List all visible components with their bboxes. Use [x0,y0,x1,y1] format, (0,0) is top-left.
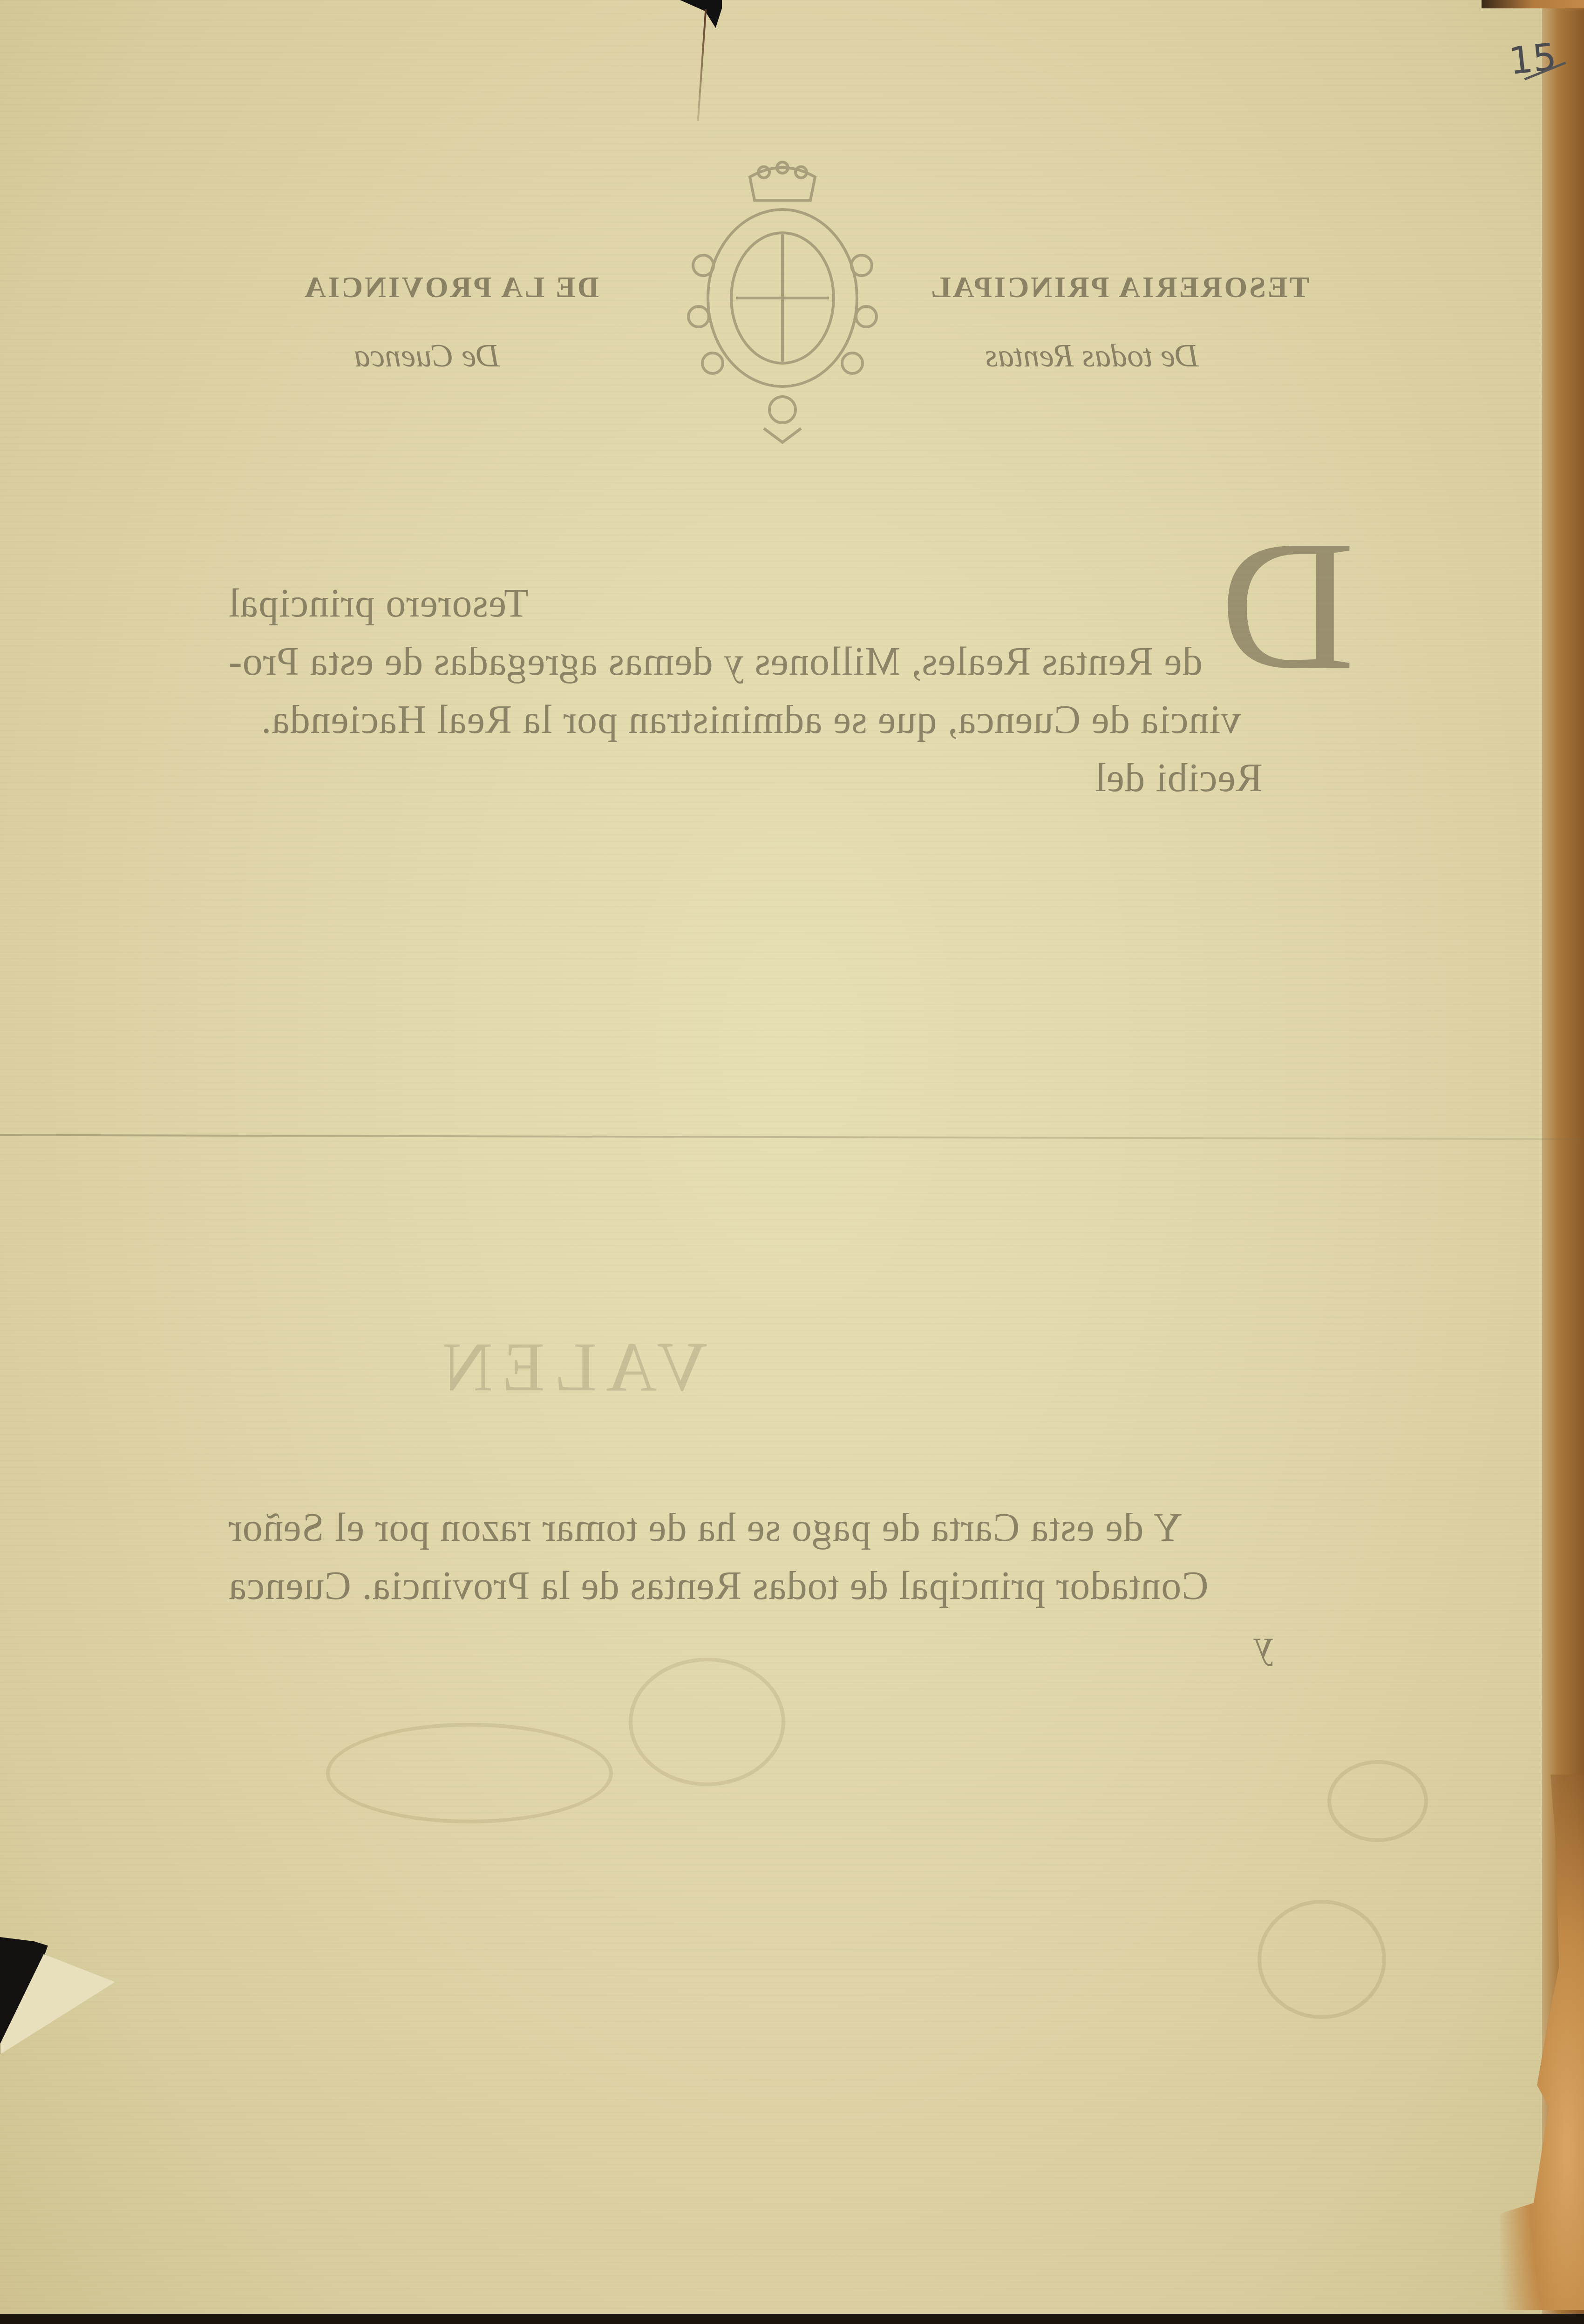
body-line-4: Recibi del [1095,754,1263,801]
body-line-1: Tesorero principal [228,580,529,626]
top-right-binding [1482,0,1584,8]
body-line-2: de Rentas Reales, Millones y demas agreg… [228,638,1203,684]
scan-bottom-border [0,2314,1584,2324]
valen-stamp: VALEN [433,1327,707,1407]
signature-flourish [1327,1760,1428,1842]
horizontal-fold-crease [0,1134,1584,1140]
header-right-subtitle: De Cuenca [354,338,500,375]
header-left-title: TESORERIA PRINCIPAL [929,270,1309,305]
body-line-3: vincia de Cuenca, que se administran por… [261,696,1241,743]
footer-line-1: Y de esta Carta de pago se ha de tomar r… [228,1504,1182,1551]
signature-flourish [1258,1900,1386,2019]
royal-crest-icon [671,158,894,447]
header-left-subtitle: De todas Rentas [985,338,1199,375]
footer-line-3: y [1253,1620,1273,1667]
top-edge-tear [680,0,722,28]
header-right-title: DE LA PROVINCIA [303,270,599,305]
signature-flourish [326,1723,613,1823]
top-crack-line [697,9,707,121]
decorative-initial: D [1220,512,1355,698]
signature-flourish [629,1658,785,1786]
footer-line-2: Contador principal de todas Rentas de la… [228,1562,1209,1609]
document-page: 15 TESORERIA PRINCIPAL De todas Rentas D… [0,0,1584,2324]
